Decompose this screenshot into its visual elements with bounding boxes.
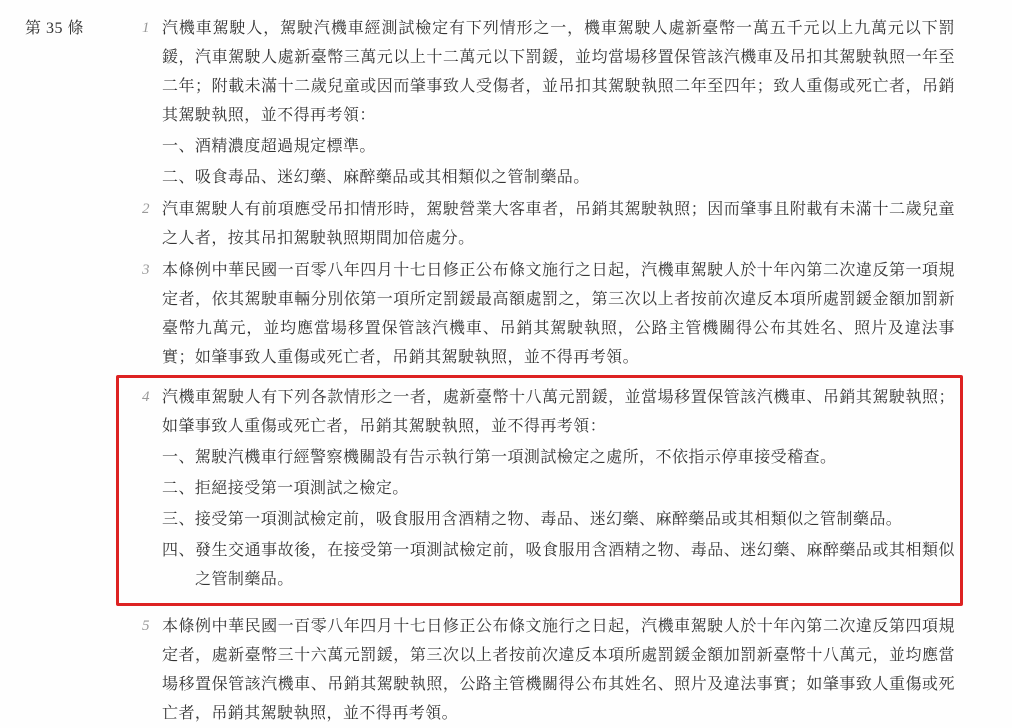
paragraph-number: 3 xyxy=(140,256,162,285)
list-item: 二、吸食毒品、迷幻藥、麻醉藥品或其相類似之管制藥品。 xyxy=(162,163,955,192)
paragraph-number: 4 xyxy=(140,383,162,412)
paragraph-number: 5 xyxy=(140,612,162,641)
paragraph-text: 汽車駕駛人有前項應受吊扣情形時，駕駛營業大客車者，吊銷其駕駛執照；因而肇事且附載… xyxy=(162,195,955,253)
paragraph-body: 本條例中華民國一百零八年四月十七日修正公布條文施行之日起，汽機車駕駛人於十年內第… xyxy=(162,256,955,372)
paragraph-row-highlighted: 4 汽機車駕駛人有下列各款情形之一者，處新臺幣十八萬元罰鍰，並當場移置保管該汽機… xyxy=(140,383,955,594)
article-number-label: 第 35 條 xyxy=(25,14,140,43)
paragraph-text: 本條例中華民國一百零八年四月十七日修正公布條文施行之日起，汽機車駕駛人於十年內第… xyxy=(162,256,955,372)
paragraph-body: 汽機車駕駛人有下列各款情形之一者，處新臺幣十八萬元罰鍰，並當場移置保管該汽機車、… xyxy=(162,383,955,594)
article-body: 1 汽機車駕駛人，駕駛汽機車經測試檢定有下列情形之一，機車駕駛人處新臺幣一萬五千… xyxy=(140,14,955,728)
paragraph-body: 本條例中華民國一百零八年四月十七日修正公布條文施行之日起，汽機車駕駛人於十年內第… xyxy=(162,612,955,728)
paragraph-body: 汽車駕駛人有前項應受吊扣情形時，駕駛營業大客車者，吊銷其駕駛執照；因而肇事且附載… xyxy=(162,195,955,253)
paragraph-row: 2 汽車駕駛人有前項應受吊扣情形時，駕駛營業大客車者，吊銷其駕駛執照；因而肇事且… xyxy=(140,195,955,253)
paragraph-number: 1 xyxy=(140,14,162,43)
paragraph-row: 1 汽機車駕駛人，駕駛汽機車經測試檢定有下列情形之一，機車駕駛人處新臺幣一萬五千… xyxy=(140,14,955,192)
highlight-box: 4 汽機車駕駛人有下列各款情形之一者，處新臺幣十八萬元罰鍰，並當場移置保管該汽機… xyxy=(116,375,963,606)
paragraph-row: 3 本條例中華民國一百零八年四月十七日修正公布條文施行之日起，汽機車駕駛人於十年… xyxy=(140,256,955,372)
paragraph-text: 汽機車駕駛人，駕駛汽機車經測試檢定有下列情形之一，機車駕駛人處新臺幣一萬五千元以… xyxy=(162,14,955,130)
paragraph-row: 5 本條例中華民國一百零八年四月十七日修正公布條文施行之日起，汽機車駕駛人於十年… xyxy=(140,612,955,728)
list-item: 一、酒精濃度超過規定標準。 xyxy=(162,132,955,161)
list-item: 一、駕駛汽機車行經警察機關設有告示執行第一項測試檢定之處所，不依指示停車接受稽查… xyxy=(162,443,955,472)
document-page: 第 35 條 1 汽機車駕駛人，駕駛汽機車經測試檢定有下列情形之一，機車駕駛人處… xyxy=(0,0,1012,728)
article-layout: 第 35 條 1 汽機車駕駛人，駕駛汽機車經測試檢定有下列情形之一，機車駕駛人處… xyxy=(25,14,1012,728)
paragraph-text: 汽機車駕駛人有下列各款情形之一者，處新臺幣十八萬元罰鍰，並當場移置保管該汽機車、… xyxy=(162,383,955,441)
list-item: 三、接受第一項測試檢定前，吸食服用含酒精之物、毒品、迷幻藥、麻醉藥品或其相類似之… xyxy=(162,505,955,534)
paragraph-number: 2 xyxy=(140,195,162,224)
paragraph-body: 汽機車駕駛人，駕駛汽機車經測試檢定有下列情形之一，機車駕駛人處新臺幣一萬五千元以… xyxy=(162,14,955,192)
list-item: 四、發生交通事故後，在接受第一項測試檢定前，吸食服用含酒精之物、毒品、迷幻藥、麻… xyxy=(162,536,955,594)
list-item: 二、拒絕接受第一項測試之檢定。 xyxy=(162,474,955,503)
paragraph-text: 本條例中華民國一百零八年四月十七日修正公布條文施行之日起，汽機車駕駛人於十年內第… xyxy=(162,612,955,728)
